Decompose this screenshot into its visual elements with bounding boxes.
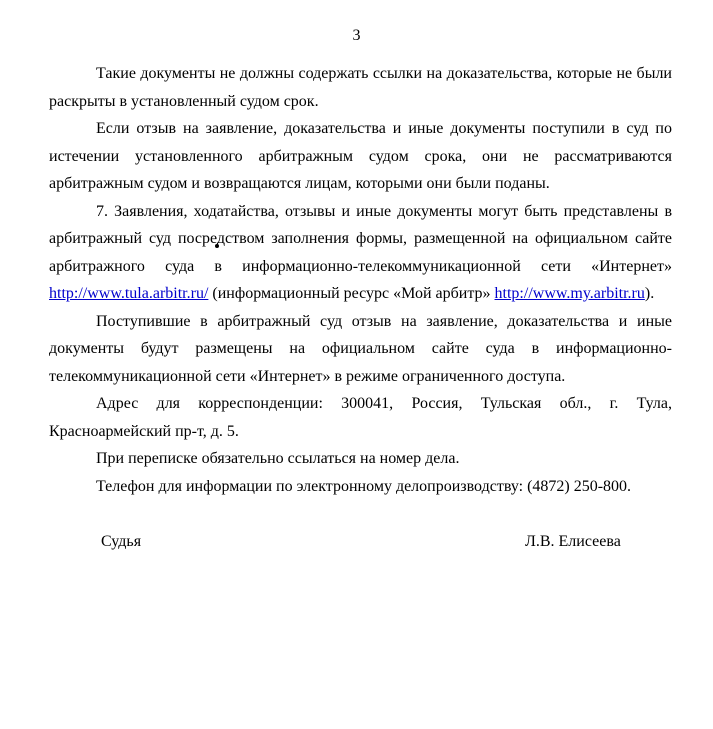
paragraph-evidence-disclosure: Такие документы не должны содержать ссыл… — [49, 60, 672, 115]
paragraph-restricted-access: Поступившие в арбитражный суд отзыв на з… — [49, 308, 672, 391]
filing-text-middle: (информационный ресурс «Мой арбитр» — [208, 285, 494, 302]
paragraph-late-submission: Если отзыв на заявление, доказательства … — [49, 115, 672, 198]
page-number: 3 — [0, 26, 713, 46]
paragraph-phone: Телефон для информации по электронному д… — [49, 473, 672, 501]
signature-title: Судья — [101, 532, 141, 552]
paragraph-electronic-filing: 7. Заявления, ходатайства, отзывы и иные… — [49, 198, 672, 308]
my-arbitr-link[interactable]: http://www.my.arbitr.ru — [495, 285, 645, 302]
court-website-link[interactable]: http://www.tula.arbitr.ru/ — [49, 285, 208, 302]
paragraph-case-number-note: При переписке обязательно ссылаться на н… — [49, 445, 672, 473]
filing-text-end: ). — [645, 285, 654, 302]
filing-text: 7. Заявления, ходатайства, отзывы и иные… — [49, 203, 672, 275]
stray-dot-mark — [215, 244, 219, 248]
paragraph-address: Адрес для корреспонденции: 300041, Росси… — [49, 390, 672, 445]
signature-name: Л.В. Елисеева — [525, 532, 621, 552]
document-body: Такие документы не должны содержать ссыл… — [49, 60, 672, 500]
